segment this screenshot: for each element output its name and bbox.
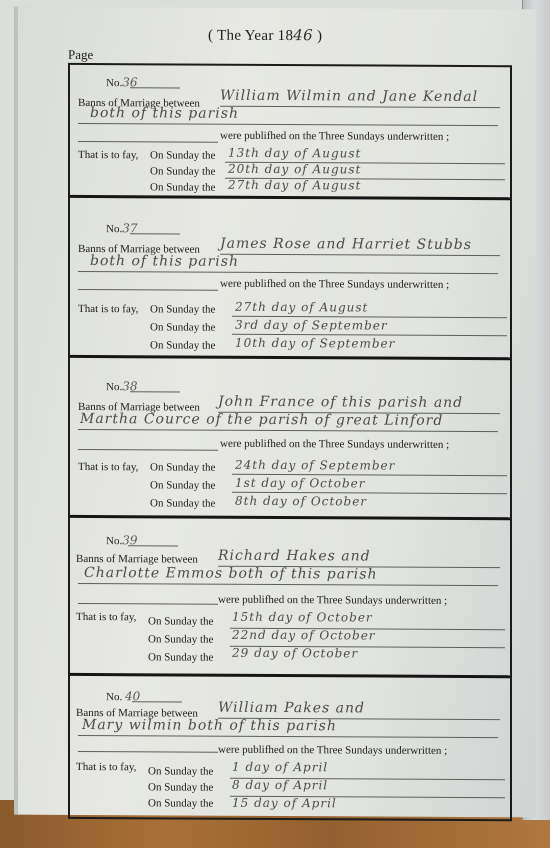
header-suffix: ) [313, 28, 322, 44]
banns-entry: No.38 Banns of Marriage between John Fra… [70, 365, 510, 520]
banns-entry: No. 40 Banns of Marriage between William… [70, 677, 510, 819]
names-line1: James Rose and Harriet Stubbs [220, 236, 472, 253]
published-label: were publifhed on the Three Sundays unde… [218, 594, 447, 607]
sunday-2-date: 22nd day of October [232, 628, 376, 643]
names-line2: Charlotte Emmos both of this parish [84, 565, 377, 583]
names-line2: both of this parish [90, 105, 239, 122]
sunday-label: On Sunday the [148, 651, 213, 663]
sunday-label: On Sunday the [150, 479, 215, 491]
sunday-3-date: 15 day of April [232, 796, 337, 811]
that-is-to-say-label: That is to fay, [78, 303, 138, 315]
sunday-1-date: 24th day of September [235, 458, 395, 473]
sunday-label: On Sunday the [148, 615, 213, 627]
sunday-label: On Sunday the [150, 339, 215, 351]
sunday-label: On Sunday the [150, 497, 215, 509]
names-line2: both of this parish [90, 253, 239, 270]
sunday-label: On Sunday the [148, 633, 213, 645]
banns-register-frame: No.36 Banns of Marriage between William … [68, 63, 512, 821]
sunday-label: On Sunday the [150, 181, 215, 193]
names-line1: John France of this parish and [218, 394, 463, 411]
sunday-label: On Sunday the [148, 797, 213, 809]
published-label: were publifhed on the Three Sundays unde… [218, 744, 447, 757]
sunday-label: On Sunday the [150, 303, 215, 315]
names-line2: Mary wilmin both of this parish [82, 717, 337, 734]
names-line2: Martha Cource of the parish of great Lin… [80, 411, 443, 429]
sunday-label: On Sunday the [150, 321, 215, 333]
names-line1: William Pakes and [218, 700, 365, 717]
that-is-to-say-label: That is to fay, [76, 761, 136, 773]
that-is-to-say-label: That is to fay, [76, 611, 136, 623]
names-line1: William Wilmin and Jane Kendal [220, 88, 478, 105]
that-is-to-say-label: That is to fay, [78, 461, 138, 473]
page-label: Page [68, 47, 93, 63]
sunday-2-date: 8 day of April [232, 778, 328, 793]
page-header: ( The Year 1846 ) [208, 26, 322, 46]
header-prefix: ( The Year 18 [208, 28, 293, 44]
sunday-label: On Sunday the [150, 165, 215, 177]
names-line1: Richard Hakes and [218, 548, 371, 565]
sunday-3-date: 10th day of September [235, 336, 395, 351]
banns-entry: No.36 Banns of Marriage between William … [70, 65, 510, 200]
sunday-2-date: 20th day of August [228, 162, 361, 177]
sunday-1-date: 27th day of August [235, 300, 368, 315]
sunday-2-date: 3rd day of September [235, 318, 388, 333]
header-year: 46 [293, 26, 313, 44]
sunday-label: On Sunday the [148, 765, 213, 777]
sunday-label: On Sunday the [150, 149, 215, 161]
sunday-3-date: 27th day of August [228, 178, 361, 193]
sunday-2-date: 1st day of October [235, 476, 365, 491]
published-label: were publifhed on the Three Sundays unde… [220, 438, 449, 451]
sunday-label: On Sunday the [150, 461, 215, 473]
sunday-1-date: 1 day of April [232, 760, 328, 775]
banns-entry: No.39 Banns of Marriage between Richard … [70, 523, 510, 678]
sunday-3-date: 29 day of October [232, 646, 358, 661]
sunday-3-date: 8th day of October [235, 494, 367, 509]
that-is-to-say-label: That is to fay, [78, 149, 138, 161]
sunday-1-date: 13th day of August [228, 146, 361, 161]
banns-label: Banns of Marriage between [76, 553, 198, 566]
sunday-1-date: 15th day of October [232, 610, 373, 625]
published-label: were publifhed on the Three Sundays unde… [220, 130, 449, 143]
sunday-label: On Sunday the [148, 781, 213, 793]
banns-entry: No.37 Banns of Marriage between James Ro… [70, 207, 510, 360]
published-label: were publifhed on the Three Sundays unde… [220, 278, 449, 291]
register-page: ( The Year 1846 ) Page No.36 Banns of Ma… [14, 7, 536, 818]
